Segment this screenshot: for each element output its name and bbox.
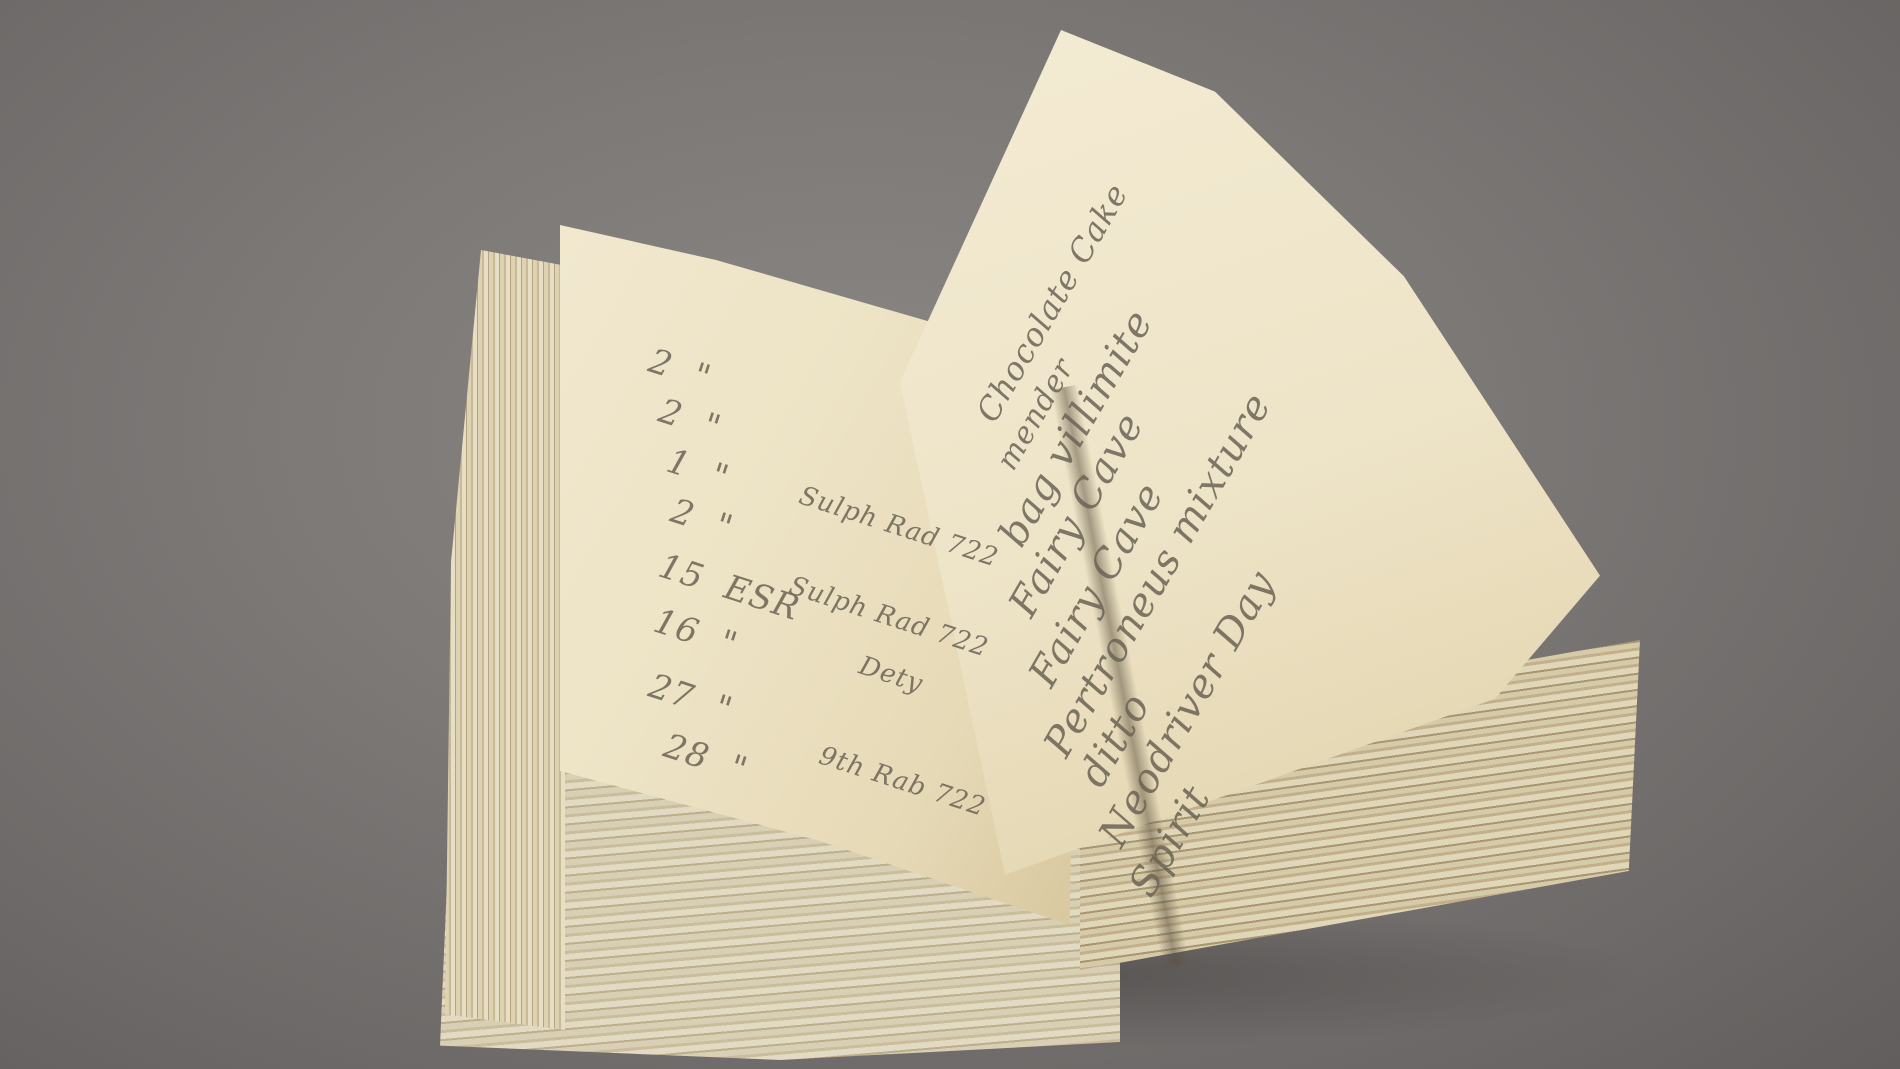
left-fore-edge bbox=[445, 250, 565, 1030]
photo-scene: 2 " 2 " 1 " 2 " 15 ESR 16 " 27 " 28 " Su… bbox=[0, 0, 1900, 1069]
